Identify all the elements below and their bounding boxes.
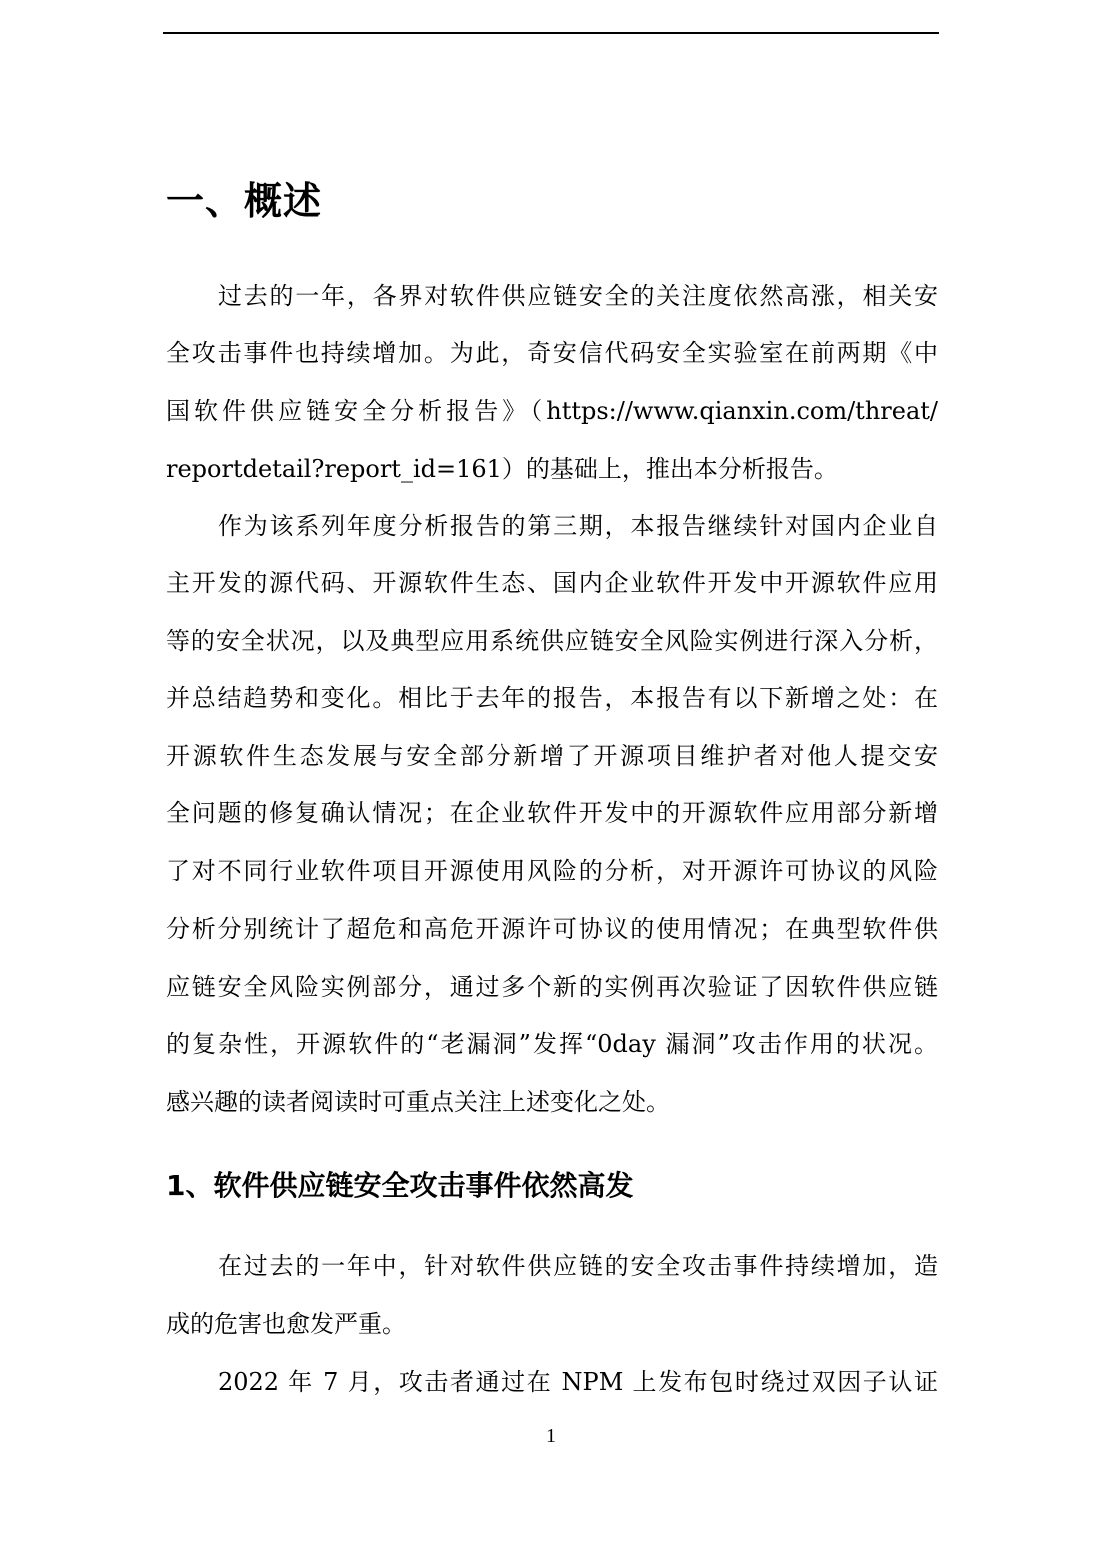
header-rule [163,32,939,34]
paragraph-1-line-2: 全攻击事件也持续增加。为此，奇安信代码安全实验室在前两期《中 [166,333,938,373]
subsection-paragraph-1-line-1: 在过去的一年中，针对软件供应链的安全攻击事件持续增加，造 [218,1246,938,1286]
paragraph-2-line-1: 作为该系列年度分析报告的第三期，本报告继续针对国内企业自 [218,506,938,546]
subsection-title: 1、软件供应链安全攻击事件依然高发 [166,1166,633,1206]
paragraph-2-line-10: 的复杂性，开源软件的“老漏洞”发挥“0day 漏洞”攻击作用的状况。 [166,1024,938,1064]
paragraph-2-line-7: 了对不同行业软件项目开源使用风险的分析，对开源许可协议的风险 [166,851,938,891]
paragraph-2-line-2: 主开发的源代码、开源软件生态、国内企业软件开发中开源软件应用 [166,563,938,603]
paragraph-2-line-6: 全问题的修复确认情况；在企业软件开发中的开源软件应用部分新增 [166,793,938,833]
paragraph-1-line-1: 过去的一年，各界对软件供应链安全的关注度依然高涨，相关安 [218,276,938,316]
paragraph-2-line-9: 应链安全风险实例部分，通过多个新的实例再次验证了因软件供应链 [166,967,938,1007]
paragraph-2-line-5: 开源软件生态发展与安全部分新增了开源项目维护者对他人提交安 [166,736,938,776]
paragraph-2-line-11: 感兴趣的读者阅读时可重点关注上述变化之处。 [166,1082,938,1122]
page-number: 1 [0,1424,1102,1448]
paragraph-1-line-3: 国软件供应链安全分析报告》（https://www.qianxin.com/th… [166,391,938,431]
subsection-paragraph-1-line-2: 成的危害也愈发严重。 [166,1304,938,1344]
section-title: 一、概述 [166,176,322,226]
paragraph-2-line-3: 等的安全状况，以及典型应用系统供应链安全风险实例进行深入分析， [166,621,938,661]
paragraph-2-line-8: 分析分别统计了超危和高危开源许可协议的使用情况；在典型软件供 [166,909,938,949]
paragraph-1-line-4: reportdetail?report_id=161）的基础上，推出本分析报告。 [166,449,938,489]
subsection-paragraph-2-line-1: 2022 年 7 月，攻击者通过在 NPM 上发布包时绕过双因子认证 [218,1362,938,1402]
paragraph-2-line-4: 并总结趋势和变化。相比于去年的报告，本报告有以下新增之处：在 [166,678,938,718]
